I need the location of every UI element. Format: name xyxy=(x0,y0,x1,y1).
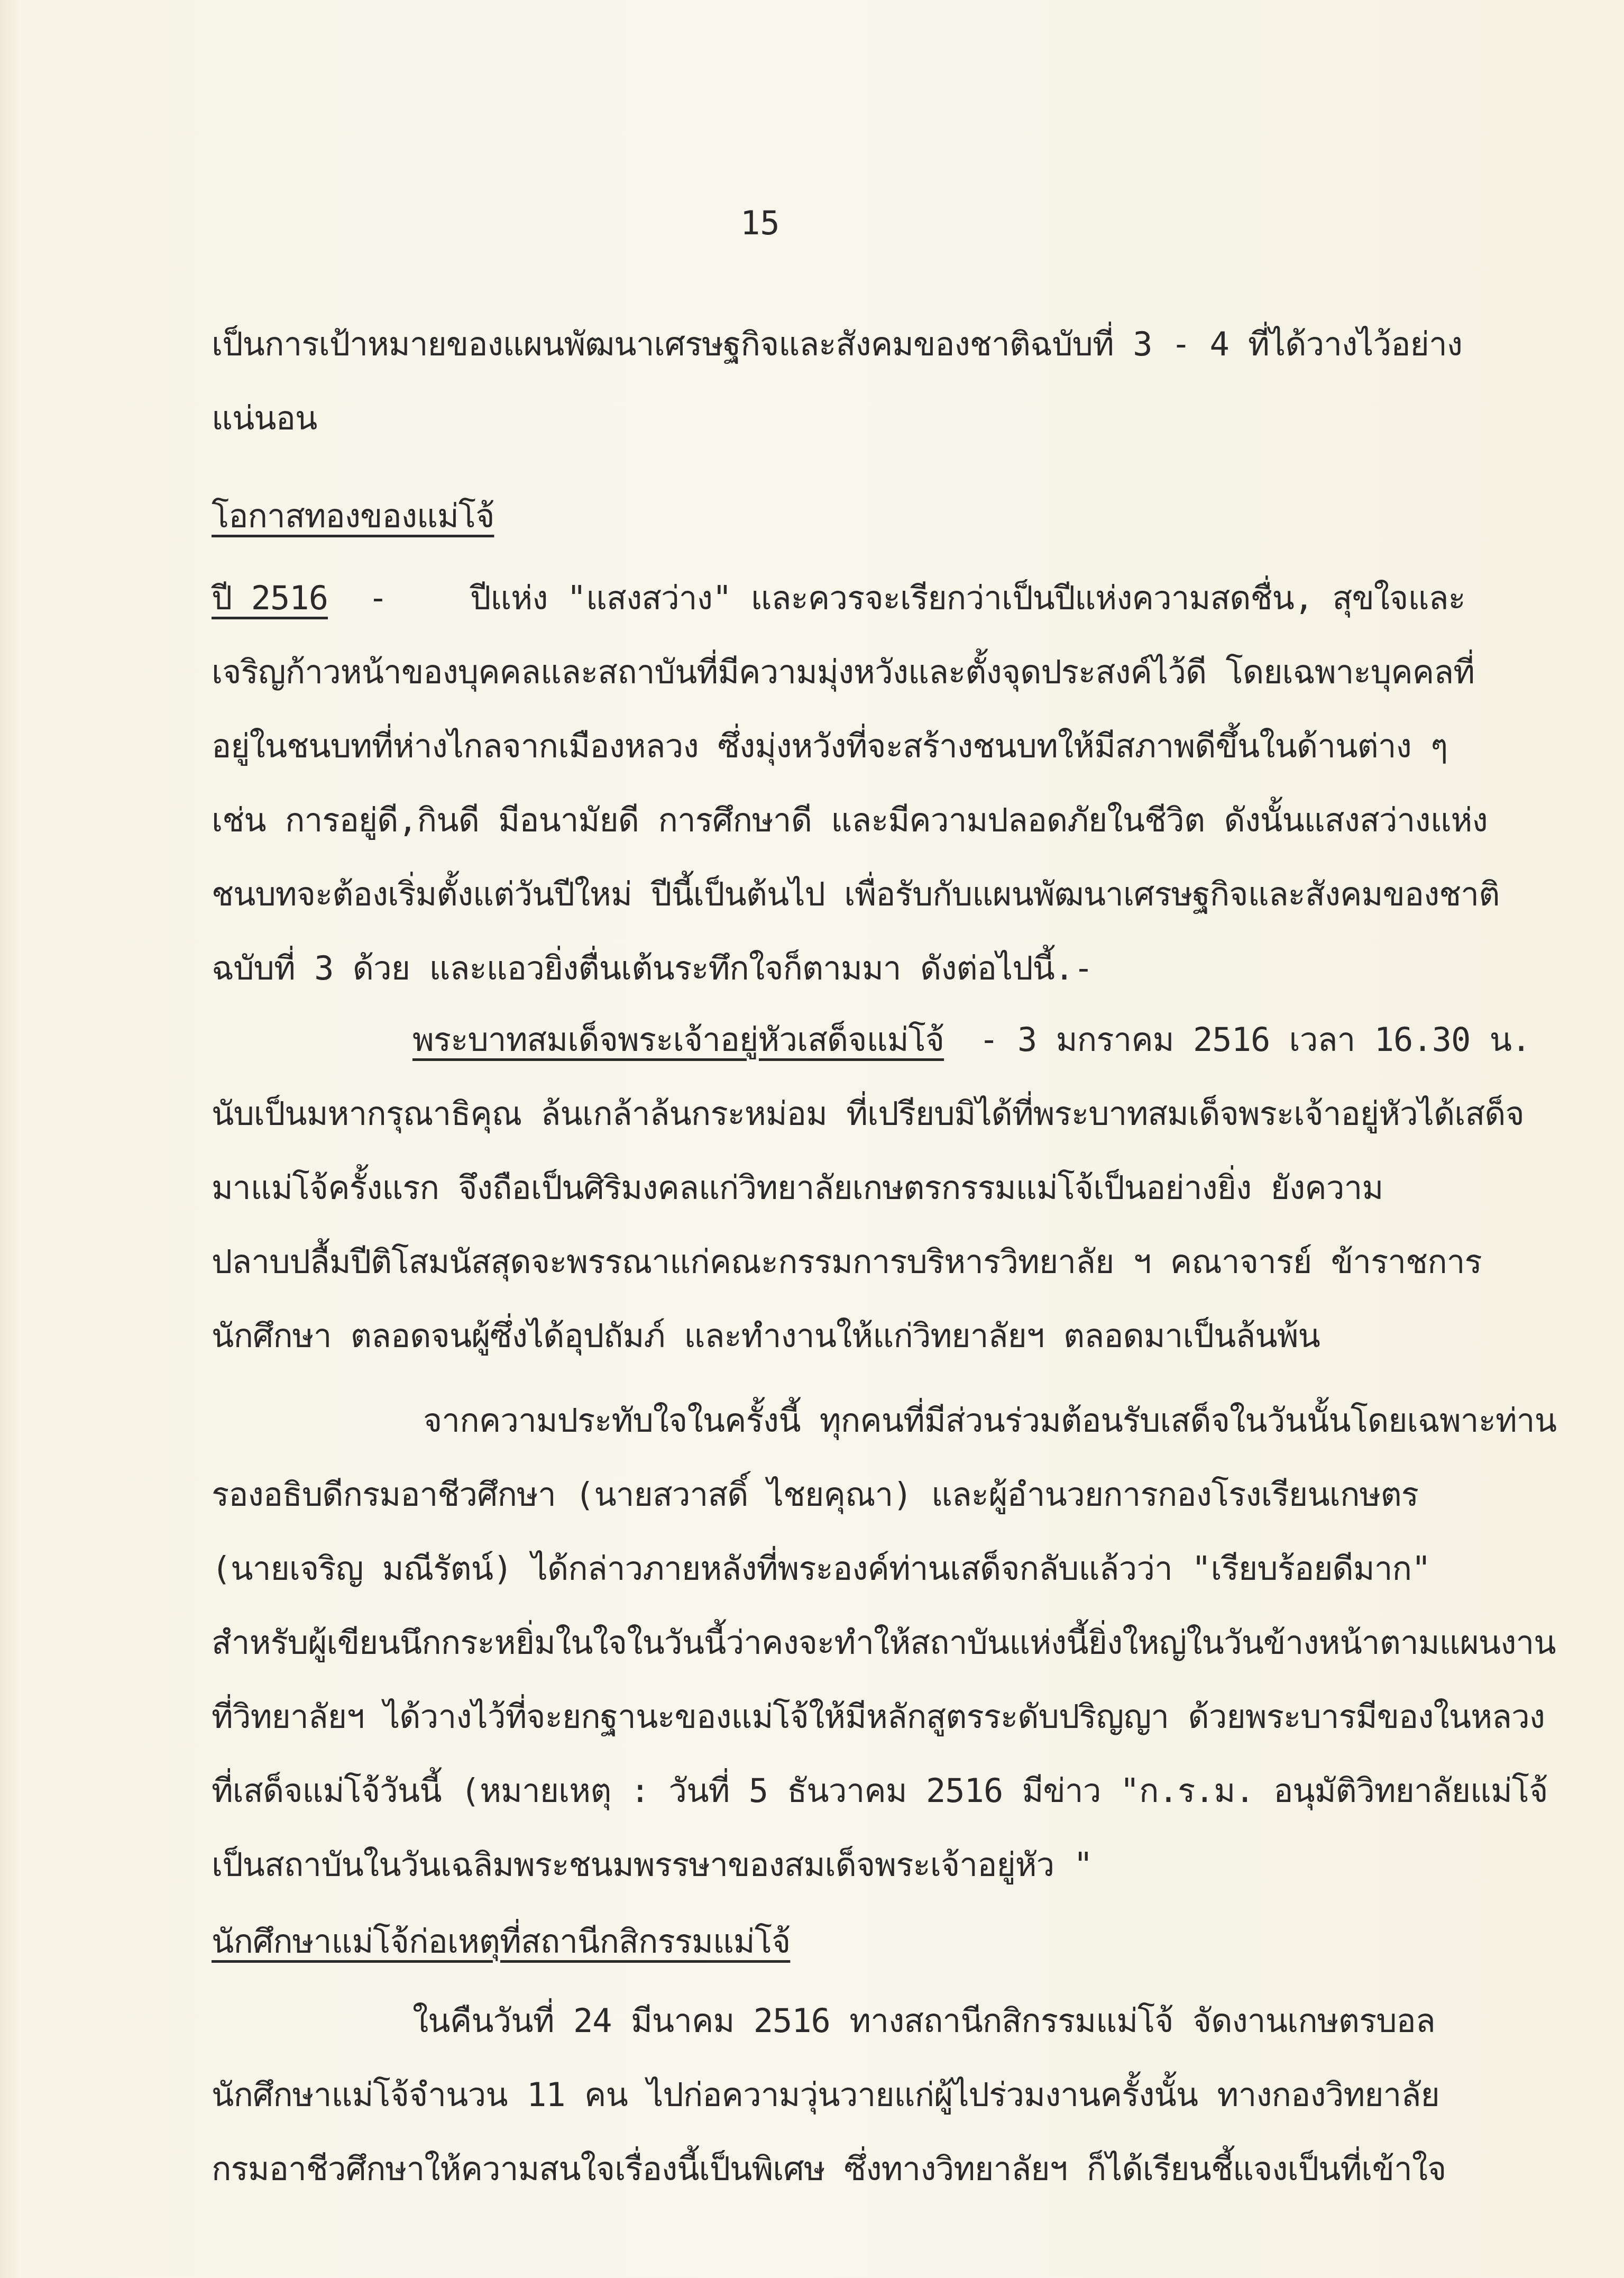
intro-line: แน่นอน xyxy=(212,402,317,435)
paragraph-line: ฉบับที่ 3 ด้วย และแอวยิ่งตื่นเต้นระทึกใจ… xyxy=(212,952,1093,985)
paragraph-line: นักศึกษาแม่โจ้จำนวน 11 คน ไปก่อความวุ่นว… xyxy=(212,2079,1439,2111)
paragraph-line: มาแม่โจ้ครั้งแรก จึงถือเป็นศิริมงคลแก่วิ… xyxy=(212,1172,1383,1204)
document-page: 15 เป็นการเป้าหมายของแผนพัฒนาเศรษฐกิจและ… xyxy=(0,0,1624,2278)
paragraph-line: (นายเจริญ มณีรัตน์) ได้กล่าวภายหลังที่พร… xyxy=(212,1552,1430,1585)
paragraph-line: ในคืนวันที่ 24 มีนาคม 2516 ทางสถานีกสิกร… xyxy=(412,2005,1435,2037)
royal-visit-date: - 3 มกราคม 2516 เวลา 16.30 น. xyxy=(979,1020,1530,1059)
paragraph-line: สำหรับผู้เขียนนึกกระหยิ่มในใจในวันนี้ว่า… xyxy=(212,1626,1556,1659)
paragraph-line: ชนบทจะต้องเริ่มตั้งแต่วันปีใหม่ ปีนี้เป็… xyxy=(212,878,1499,911)
paragraph-line: ที่วิทยาลัยฯ ได้วางไว้ที่จะยกฐานะของแม่โ… xyxy=(212,1700,1545,1733)
year-label: ปี 2516 xyxy=(212,579,328,617)
paragraph-line: เจริญก้าวหน้าของบุคคลและสถาบันที่มีความม… xyxy=(212,656,1474,689)
paragraph-line: นักศึกษา ตลอดจนผู้ซึ่งได้อุปถัมภ์ และทำง… xyxy=(212,1320,1320,1352)
section-heading-student-incident: นักศึกษาแม่โจ้ก่อเหตุที่สถานีกสิกรรมแม่โ… xyxy=(212,1925,790,1958)
paragraph-line: นับเป็นมหากรุณาธิคุณ ล้นเกล้าล้นกระหม่อม… xyxy=(212,1097,1524,1130)
paragraph-line: ปีแห่ง "แสงสว่าง" และควรจะเรียกว่าเป็นปี… xyxy=(470,579,1465,617)
paragraph-line: กรมอาชีวศึกษาให้ความสนใจเรื่องนี้เป็นพิเ… xyxy=(212,2153,1446,2185)
paragraph-line: อยู่ในชนบทที่ห่างไกลจากเมืองหลวง ซึ่งมุ่… xyxy=(212,730,1447,763)
section-heading-golden-opportunity: โอกาสทองของแม่โจ้ xyxy=(212,500,494,533)
year-dash: - xyxy=(368,579,387,617)
royal-visit-heading-row: พระบาทสมเด็จพระเจ้าอยู่หัวเสด็จแม่โจ้ - … xyxy=(412,1023,1530,1056)
paragraph-line: รองอธิบดีกรมอาชีวศึกษา (นายสวาสดิ์ ไชยคุ… xyxy=(212,1478,1418,1511)
intro-line: เป็นการเป้าหมายของแผนพัฒนาเศรษฐกิจและสัง… xyxy=(212,328,1462,361)
section-heading-royal-visit: พระบาทสมเด็จพระเจ้าอยู่หัวเสด็จแม่โจ้ xyxy=(412,1020,944,1059)
year-label-row: ปี 2516 - ปีแห่ง "แสงสว่าง" และควรจะเรีย… xyxy=(212,582,1465,615)
paragraph-line: ปลาบปลื้มปีติโสมนัสสุดจะพรรณาแก่คณะกรรมก… xyxy=(212,1246,1482,1278)
paragraph-line: เช่น การอยู่ดี,กินดี มีอนามัยดี การศึกษา… xyxy=(212,804,1488,837)
paragraph-line: เป็นสถาบันในวันเฉลิมพระชนมพรรษาของสมเด็จ… xyxy=(212,1849,1093,1881)
paragraph-line: จากความประทับใจในครั้งนี้ ทุกคนที่มีส่วน… xyxy=(423,1404,1556,1437)
page-number: 15 xyxy=(740,204,780,242)
paragraph-line: ที่เสด็จแม่โจ้วันนี้ (หมายเหตุ : วันที่ … xyxy=(212,1774,1548,1807)
